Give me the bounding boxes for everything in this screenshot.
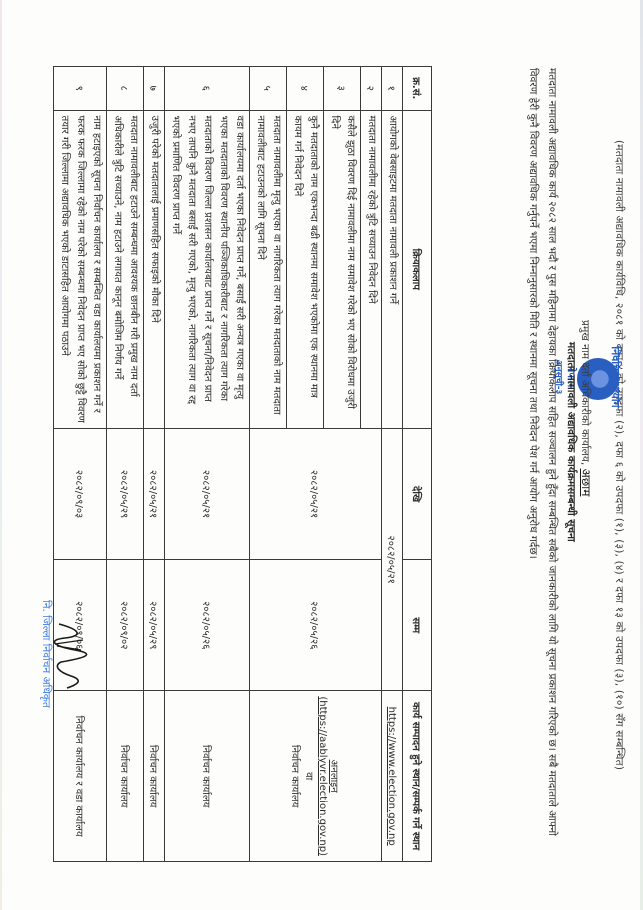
row-activity: मतदाता नामावलीमा मृत्यु भएका वा नागरिकता… [250, 110, 287, 428]
row-sn: ८ [107, 67, 144, 111]
header-start: देखि [403, 429, 432, 560]
table-row: १ आयोगको वेबसाइटमा मतदाता नामावली प्रकाश… [382, 67, 403, 862]
election-website-link[interactable]: https://www.election.gov.np [387, 707, 398, 846]
row-activity: मतदाता नामावलीमा रहेको त्रुटि सच्याउन नि… [361, 110, 382, 428]
table-header-row: क्र.सं. क्रियाकलाप देखि सम्म कार्य सम्पा… [403, 67, 432, 862]
row-sn: ७ [144, 67, 165, 111]
signature-block: नि. जिल्ला निर्वाचन अधिकृत [17, 560, 97, 760]
place-or: वा [303, 772, 314, 780]
row-start-date: २०८२/०५/२९ [107, 429, 144, 560]
row-start-date: २०८२/०९/०३ [54, 429, 107, 560]
row-start-date: २०८२/०५/२१ [144, 429, 165, 560]
row-sn: ६ [165, 67, 250, 111]
row-activity: वडा कार्यालयमा दर्ता भएका निवेदन प्राप्त… [165, 110, 250, 428]
header-sn: क्र.सं. [403, 67, 432, 111]
row-start-date: २०८२/०५/२१ [250, 429, 382, 560]
online-portal-link[interactable]: (https://aablyvr.election.gov.np) [317, 696, 328, 856]
header-place: कार्य सम्पादन हुने स्थान/सम्पर्क गर्ने स… [403, 691, 432, 862]
row-activity: नाम हटाइएको सूचना निर्वाचन कार्यालय र सम… [54, 110, 107, 428]
header-end: सम्म [403, 560, 432, 691]
header-activity: क्रियाकलाप [403, 110, 432, 428]
table-row: २ मतदाता नामावलीमा रहेको त्रुटि सच्याउन … [361, 67, 382, 862]
table-row: ८ मतदाता नामावलीबाट हटाउने सम्बन्धमा आवश… [107, 67, 144, 862]
notice-title: मतदाता नामावली अद्यावधिक कार्यक्रमसम्बन्… [564, 342, 578, 542]
row-activity: कसैले झुठा विवरण दिई नामावलीमा नाम समावे… [324, 110, 361, 428]
signature-icon [49, 620, 89, 690]
row-place: अनलाइन (https://aablyvr.election.gov.np)… [250, 691, 382, 862]
row-start-date: २०८२/०५/२१ [165, 429, 250, 560]
row-end-date: २०८२/०९/०२ [107, 560, 144, 691]
office-label: प्रमुख नाम दर्ता अधिकारीको कार्यालय, [579, 320, 591, 465]
intro-paragraph: मतदाता नामावली अद्यावधिक कार्य २०८२ साल … [523, 68, 561, 858]
row-activity: कुनै मतदाताको नाम एकभन्दा बढी स्थानमा सम… [287, 110, 324, 428]
row-activity: मतदाता नामावलीबाट हटाउने सम्बन्धमा आवश्य… [107, 110, 144, 428]
place-online: अनलाइन [328, 696, 342, 856]
row-sn: ९ [54, 67, 107, 111]
legal-reference: (मतदाता नामावली अद्यावधिक कार्यविधि, २०८… [612, 140, 626, 840]
row-end-date: २०८२/०५/२९ [144, 560, 165, 691]
schedule-table: क्र.सं. क्रियाकलाप देखि सम्म कार्य सम्पा… [53, 66, 432, 862]
row-sn: १ [382, 67, 403, 111]
table-row: ६ वडा कार्यालयमा दर्ता भएका निवेदन प्राप… [165, 67, 250, 862]
signature-caption: नि. जिल्ला निर्वाचन अधिकृत [39, 600, 53, 708]
row-activity: आयोगको वेबसाइटमा मतदाता नामावली प्रकाशन … [382, 110, 403, 428]
row-sn: ५ [250, 67, 287, 111]
scanned-notice-page: (मतदाता नामावली अद्यावधिक कार्यविधि, २०८… [0, 0, 643, 910]
row-sn: ४ [287, 67, 324, 111]
row-end-date: २०८२/०५/२६ [250, 560, 382, 691]
row-activity: उजुरी परेको मतदातालाई प्रमाणसहित सफाइको … [144, 110, 165, 428]
table-row: ७ उजुरी परेको मतदातालाई प्रमाणसहित सफाइक… [144, 67, 165, 862]
row-place: निर्वाचन कार्यालय [107, 691, 144, 862]
office-name-handwritten: अछाम [579, 469, 593, 497]
row-sn: २ [361, 67, 382, 111]
scan-edge [0, 0, 2, 910]
row-place: निर्वाचन कार्यालय [165, 691, 250, 862]
row-sn: ३ [324, 67, 361, 111]
office-line: प्रमुख नाम दर्ता अधिकारीको कार्यालय, अछा… [578, 320, 595, 496]
row-end-date: २०८२/०५/२६ [165, 560, 250, 691]
row-date: २०८२/०५/२१ [382, 429, 403, 691]
row-place: निर्वाचन कार्यालय [144, 691, 165, 862]
place-office: निर्वाचन कार्यालय [289, 696, 303, 856]
